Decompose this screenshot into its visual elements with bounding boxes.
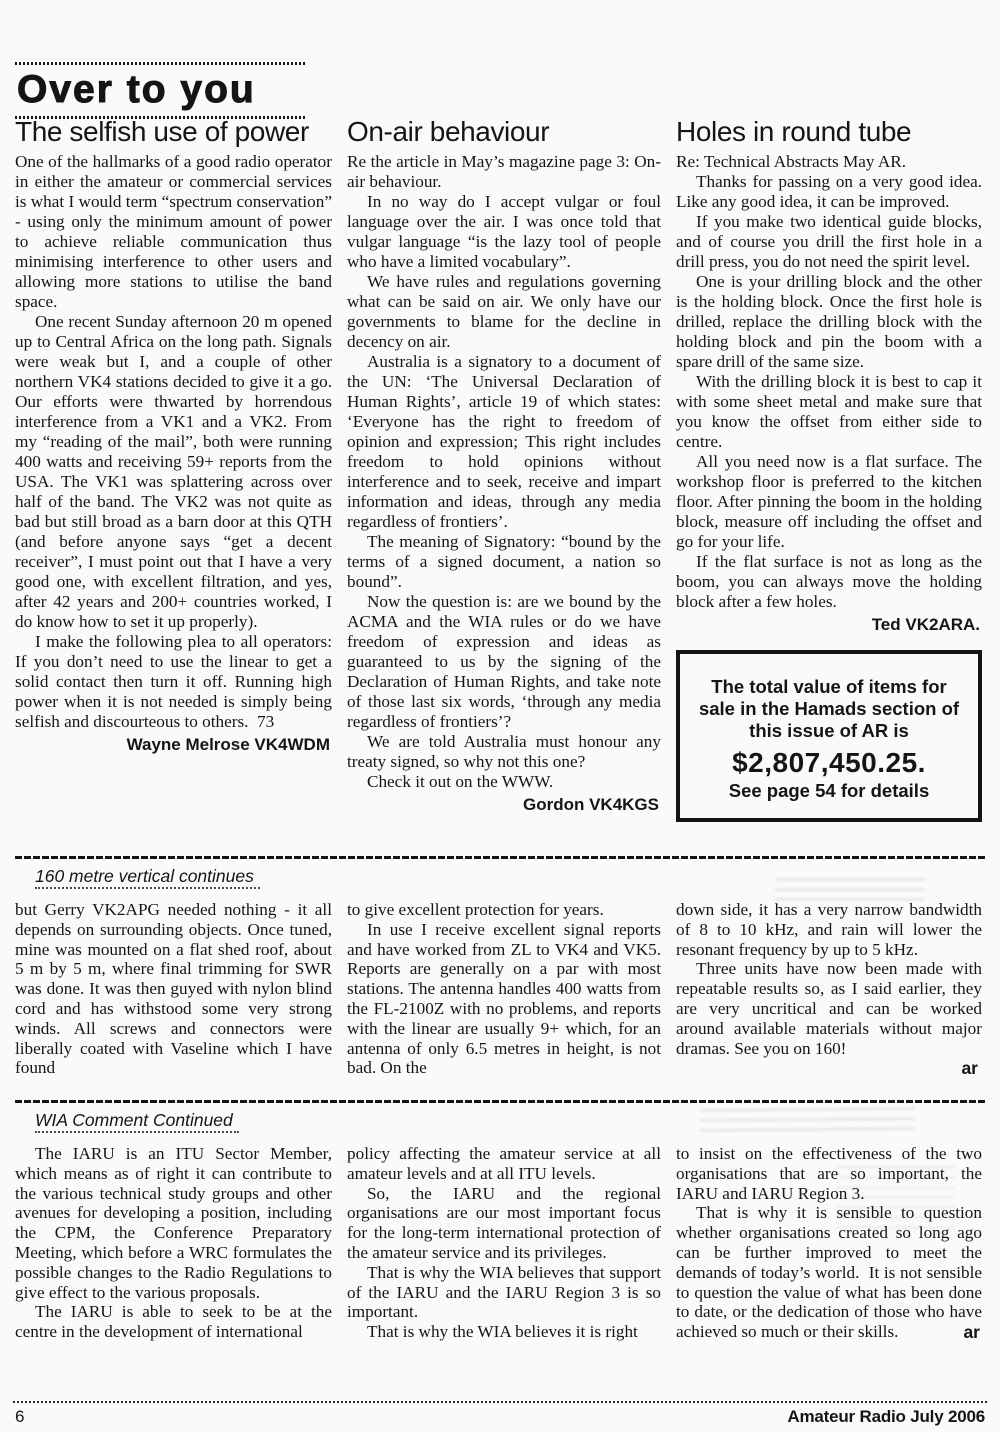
continuation-column: but Gerry VK2APG needed nothing - it all…: [15, 900, 332, 1078]
continuation-column: The IARU is an ITU Sector Member, which …: [15, 1144, 332, 1342]
page-footer: 6 Amateur Radio July 2006: [15, 1407, 985, 1427]
letter-body: Re: Technical Abstracts May AR.Thanks fo…: [676, 152, 982, 612]
paragraph: policy affecting the amateur service at …: [347, 1144, 661, 1184]
paragraph: Thanks for passing on a very good idea. …: [676, 172, 982, 212]
paragraph: One is your drilling block and the other…: [676, 272, 982, 372]
letter-signature: Ted VK2ARA.: [676, 615, 982, 635]
hamads-box-note: See page 54 for details: [686, 780, 972, 802]
letter-signature: Wayne Melrose VK4WDM: [15, 735, 332, 755]
masthead-rule-top: [15, 62, 307, 65]
paragraph: That is why the WIA believes it is right: [347, 1322, 661, 1342]
continuation-column: policy affecting the amateur service at …: [347, 1144, 661, 1342]
paragraph: If you make two identical guide blocks, …: [676, 212, 982, 272]
paragraph: The IARU is able to seek to be at the ce…: [15, 1302, 332, 1342]
paragraph: Re the article in May’s magazine page 3:…: [347, 152, 661, 192]
letter-signature: Gordon VK4KGS: [347, 795, 661, 815]
print-bleed-artifact: [700, 1107, 915, 1135]
paragraph: The IARU is an ITU Sector Member, which …: [15, 1144, 332, 1302]
letter-holes-in-round-tube: Holes in round tube Re: Technical Abstra…: [676, 116, 982, 822]
hamads-box-intro: The total value of items for sale in the…: [698, 676, 960, 742]
paragraph: Now the question is: are we bound by the…: [347, 592, 661, 732]
letter-on-air-behaviour: On-air behaviour Re the article in May’s…: [347, 116, 661, 822]
continuation-column: to give excellent protection for years.I…: [347, 900, 661, 1078]
paragraph: but Gerry VK2APG needed nothing - it all…: [15, 900, 332, 1078]
column-body: The IARU is an ITU Sector Member, which …: [15, 1144, 332, 1342]
article-endmark: ar: [676, 1058, 982, 1078]
letter-heading: On-air behaviour: [347, 116, 661, 148]
paragraph: Three units have now been made with repe…: [676, 959, 982, 1058]
paragraph: Australia is a signatory to a document o…: [347, 352, 661, 532]
footer-rule: [13, 1401, 987, 1403]
column-body: policy affecting the amateur service at …: [347, 1144, 661, 1342]
paragraph: down side, it has a very narrow bandwidt…: [676, 900, 982, 959]
magazine-page: Over to you The selfish use of power One…: [0, 0, 1000, 1433]
paragraph: All you need now is a flat surface. The …: [676, 452, 982, 552]
column-body: down side, it has a very narrow bandwidt…: [676, 900, 982, 1058]
section-masthead: Over to you: [15, 62, 307, 119]
letters-columns: The selfish use of power One of the hall…: [15, 116, 985, 822]
column-body: to give excellent protection for years.I…: [347, 900, 661, 1078]
letter-heading: The selfish use of power: [15, 116, 332, 148]
continuation-columns: but Gerry VK2APG needed nothing - it all…: [15, 900, 985, 1078]
article-endmark: ar: [963, 1322, 982, 1342]
hamads-box-amount: $2,807,450.25.: [686, 747, 972, 779]
paragraph: So, the IARU and the regional organisati…: [347, 1184, 661, 1263]
footer-issue-title: Amateur Radio July 2006: [787, 1407, 985, 1427]
paragraph: Re: Technical Abstracts May AR.: [676, 152, 982, 172]
paragraph: In no way do I accept vulgar or foul lan…: [347, 192, 661, 272]
hamads-total-box: The total value of items for sale in the…: [676, 650, 982, 822]
letter-body: Re the article in May’s magazine page 3:…: [347, 152, 661, 792]
letter-selfish-use-of-power: The selfish use of power One of the hall…: [15, 116, 332, 822]
paragraph: If the flat surface is not as long as th…: [676, 552, 982, 612]
letter-heading: Holes in round tube: [676, 116, 982, 148]
letter-body: One of the hallmarks of a good radio ope…: [15, 152, 332, 732]
paragraph: We are told Australia must honour any tr…: [347, 732, 661, 772]
paragraph: The meaning of Signatory: “bound by the …: [347, 532, 661, 592]
paragraph: With the drilling block it is best to ca…: [676, 372, 982, 452]
print-bleed-artifact: [775, 878, 925, 904]
continuation-label: 160 metre vertical continues: [35, 866, 260, 889]
column-body: but Gerry VK2APG needed nothing - it all…: [15, 900, 332, 1078]
page-title: Over to you: [17, 70, 307, 110]
section-rule: [15, 856, 985, 859]
paragraph: I make the following plea to all operato…: [15, 632, 332, 732]
paragraph: We have rules and regulations governing …: [347, 272, 661, 352]
paragraph: One recent Sunday afternoon 20 m opened …: [15, 312, 332, 632]
paragraph: Check it out on the WWW.: [347, 772, 661, 792]
paragraph: In use I receive excellent signal report…: [347, 920, 661, 1078]
continuation-label: WIA Comment Continued: [35, 1110, 239, 1133]
print-bleed-artifact: [835, 1166, 955, 1236]
footer-page-number: 6: [15, 1407, 24, 1427]
continuation-column: down side, it has a very narrow bandwidt…: [676, 900, 982, 1078]
paragraph: One of the hallmarks of a good radio ope…: [15, 152, 332, 312]
paragraph: to give excellent protection for years.: [347, 900, 661, 920]
paragraph: That is why the WIA believes that suppor…: [347, 1263, 661, 1322]
section-rule: [15, 1100, 985, 1103]
